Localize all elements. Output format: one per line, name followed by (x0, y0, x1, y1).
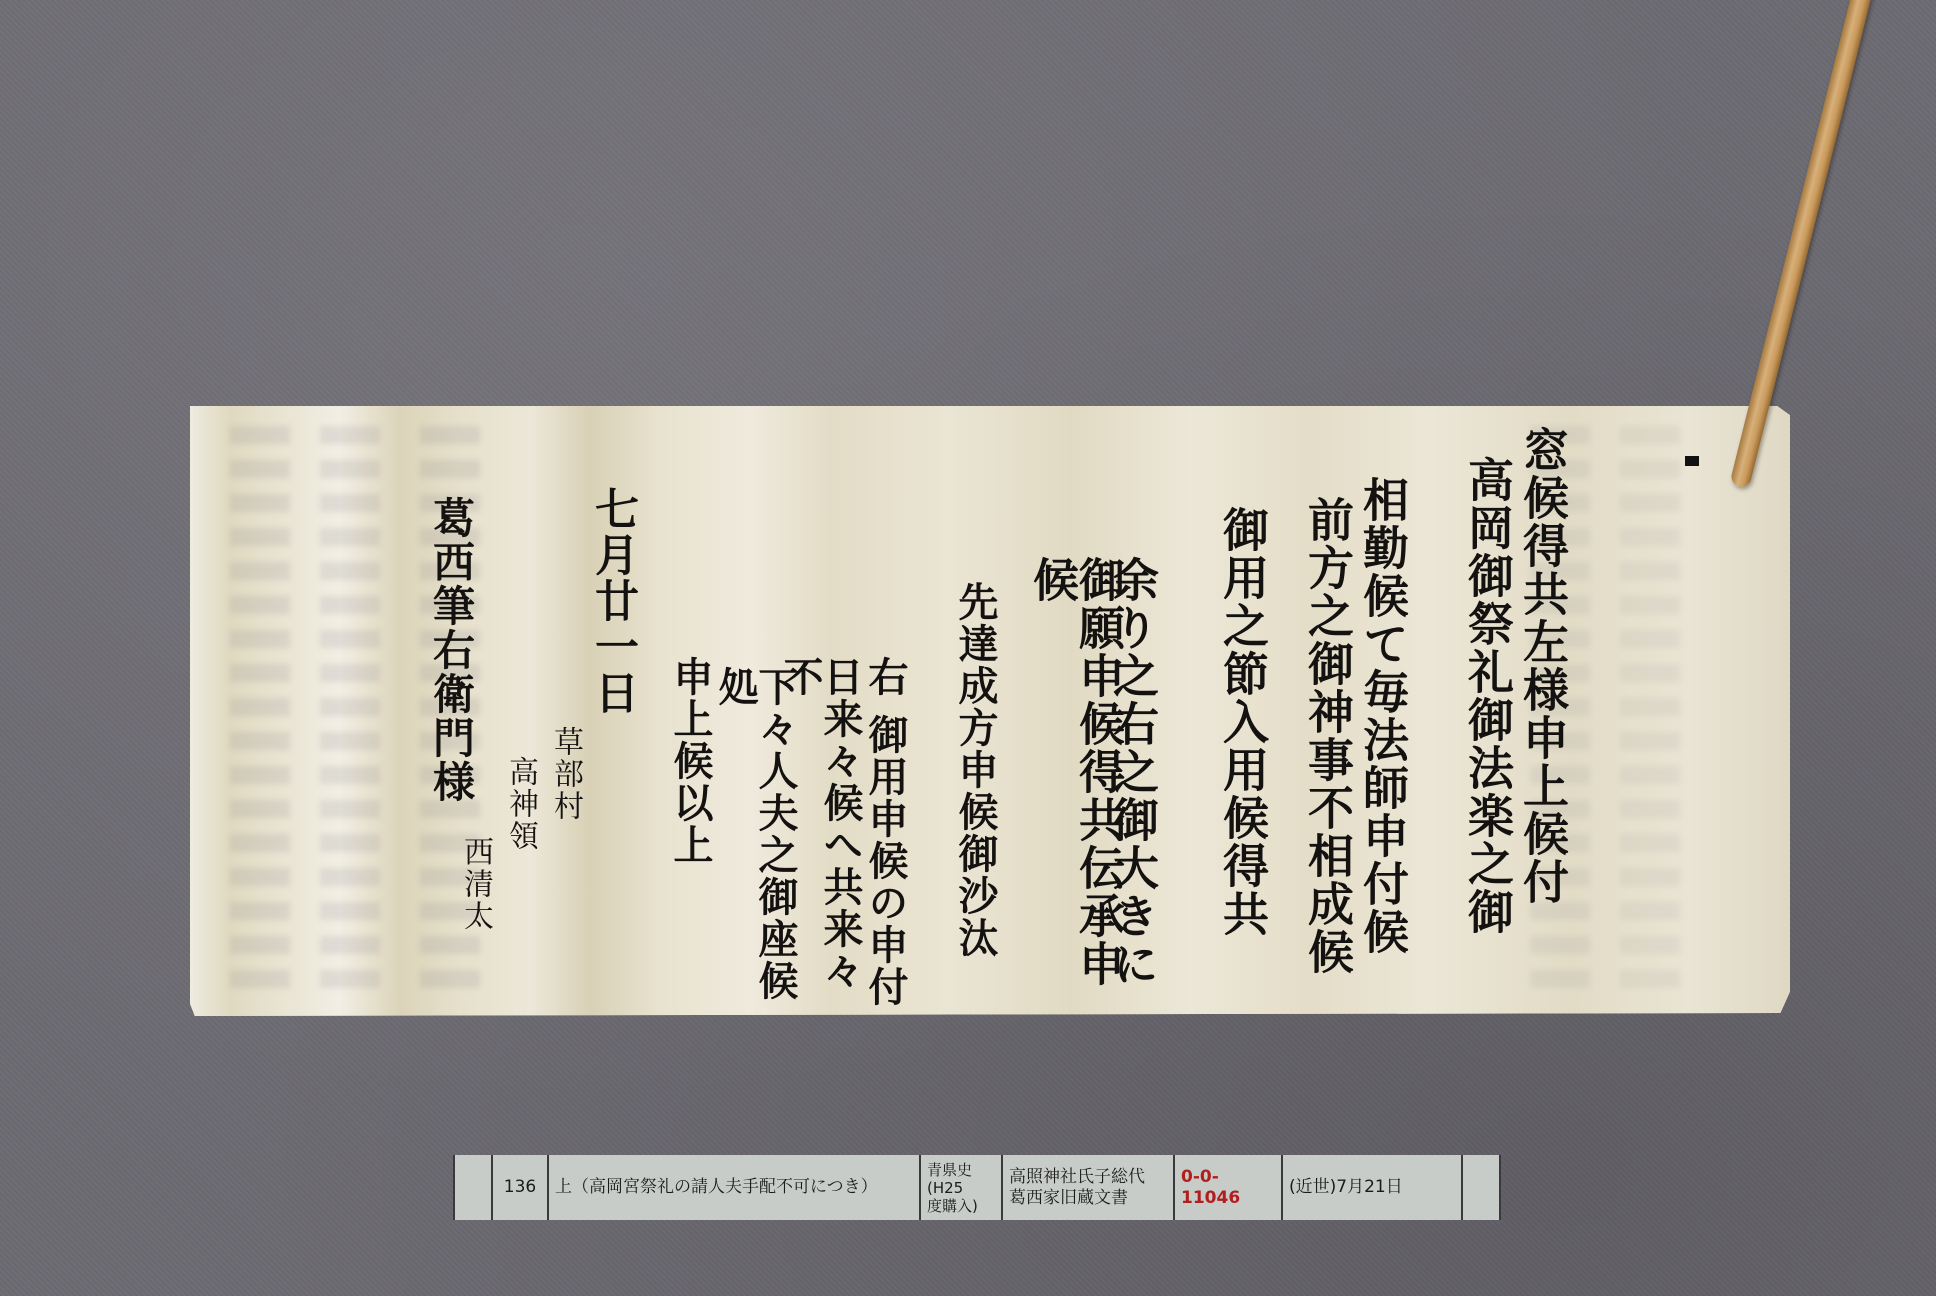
corner-ink-mark (1685, 456, 1699, 466)
text-column-1: 窓候得共左様申上候付 (1520, 426, 1566, 906)
label-document-title: 上（高岡宮祭礼の請人夫手配不可につき） (549, 1155, 919, 1220)
signatory-domain: 高神領 (505, 756, 535, 852)
ink-bleed (320, 426, 380, 996)
text-column-9: 右 御用申候の申付 (865, 656, 905, 1008)
text-column-12: 申上候以上 (670, 656, 710, 866)
text-column-2: 高岡御祭礼御法楽之御 (1465, 456, 1511, 936)
label-collection: 高照神社氏子総代 葛西家旧蔵文書 (1003, 1155, 1173, 1220)
text-column-7: 御願申候得共伝承申候 (1030, 556, 1122, 1016)
signatory-village: 草部村 (550, 726, 580, 822)
signatory-name: 西清太 (460, 836, 490, 932)
label-catalog-id: 0-0-11046 (1175, 1155, 1281, 1220)
text-column-8: 先達成方申候御沙汰 (955, 581, 995, 959)
catalog-label-strip: 136 上（高岡宮祭礼の請人夫手配不可につき） 青県史(H25 度購入) 高照神… (453, 1155, 1501, 1220)
label-collection-line2: 葛西家旧蔵文書 (1009, 1188, 1128, 1208)
label-blank-cell (455, 1155, 491, 1220)
historical-document: 窓候得共左様申上候付 高岡御祭礼御法楽之御 相勤候て毎法師申付候 前方之御神事不… (190, 406, 1790, 1016)
bamboo-pointer-stick (1729, 0, 1879, 489)
text-column-4: 前方之御神事不相成候 (1305, 496, 1351, 976)
text-column-3: 相勤候て毎法師申付候 (1360, 476, 1406, 956)
label-acquisition: 青県史(H25 度購入) (921, 1155, 1001, 1220)
document-addressee: 葛西筆右衛門様 (430, 496, 472, 804)
text-column-11: 下々人夫之御座候処 (715, 666, 795, 1016)
label-collection-line1: 高照神社氏子総代 (1009, 1167, 1145, 1187)
label-acquisition-line1: 青県史(H25 (927, 1161, 995, 1197)
label-trailing-cell (1463, 1155, 1499, 1220)
ink-bleed (1620, 426, 1680, 996)
label-item-number: 136 (493, 1155, 547, 1220)
document-date: 七月廿一日 (590, 486, 634, 716)
text-column-5: 御用之節入用候得共 (1220, 506, 1266, 938)
label-acquisition-line2: 度購入) (927, 1197, 978, 1215)
label-date: (近世)7月21日 (1283, 1155, 1461, 1220)
ink-bleed (230, 426, 290, 996)
